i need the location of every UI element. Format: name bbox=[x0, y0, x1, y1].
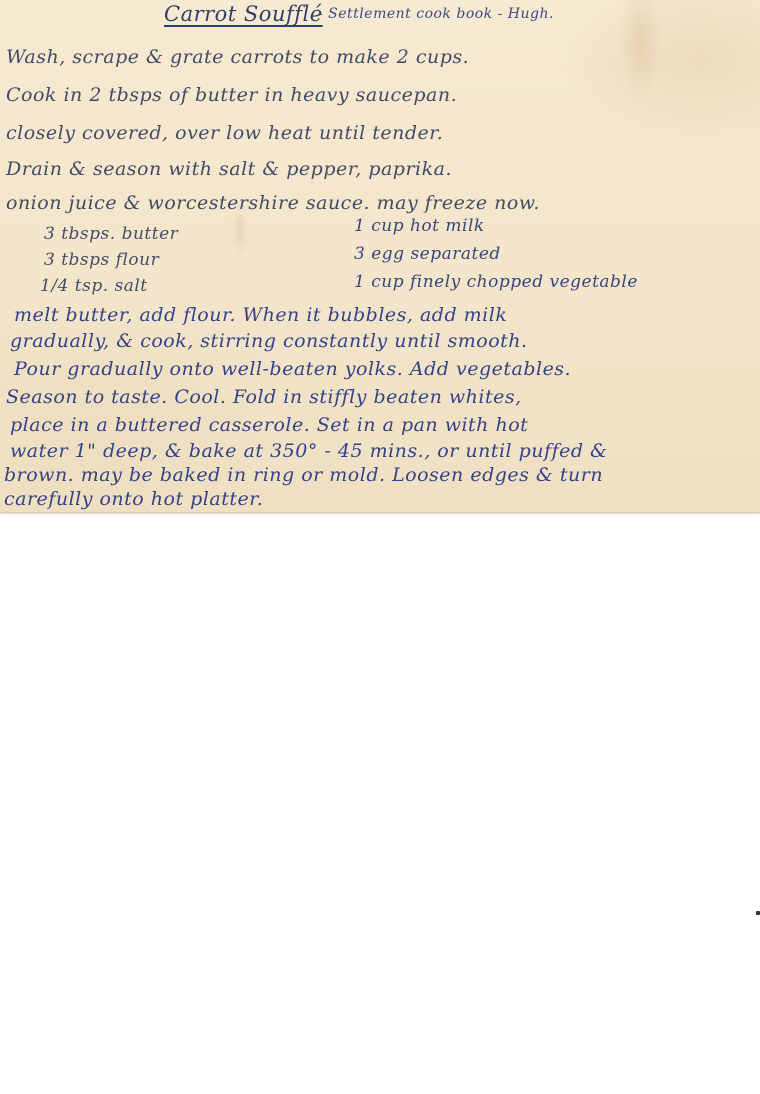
instruction-line: place in a buttered casserole. Set in a … bbox=[10, 414, 528, 436]
instruction-line: carefully onto hot platter. bbox=[4, 488, 263, 510]
instruction-line: Pour gradually onto well-beaten yolks. A… bbox=[14, 358, 571, 380]
instruction-line: closely covered, over low heat until ten… bbox=[6, 122, 443, 144]
ingredient-right: 3 egg separated bbox=[354, 244, 501, 264]
ingredient-left: 1/4 tsp. salt bbox=[40, 276, 148, 296]
recipe-source: - Settlement cook book - Hugh. bbox=[318, 6, 554, 22]
instruction-line: Drain & season with salt & pepper, papri… bbox=[6, 158, 452, 180]
scan-dust-mark bbox=[756, 911, 760, 915]
recipe-card: Carrot Soufflé - Settlement cook book - … bbox=[0, 0, 760, 513]
instruction-line: Cook in 2 tbsps of butter in heavy sauce… bbox=[6, 84, 457, 106]
instruction-line: brown. may be baked in ring or mold. Loo… bbox=[4, 464, 603, 486]
ingredient-right: 1 cup finely chopped vegetable bbox=[354, 272, 638, 292]
instruction-line: gradually, & cook, stirring constantly u… bbox=[10, 330, 528, 352]
instruction-line: Season to taste. Cool. Fold in stiffly b… bbox=[6, 386, 522, 408]
instruction-line: Wash, scrape & grate carrots to make 2 c… bbox=[6, 46, 469, 68]
ingredient-left: 3 tbsps. butter bbox=[44, 224, 178, 244]
ingredient-left: 3 tbsps flour bbox=[44, 250, 159, 270]
ingredient-right: 1 cup hot milk bbox=[354, 216, 485, 236]
instruction-line: water 1" deep, & bake at 350° - 45 mins.… bbox=[10, 440, 607, 462]
instruction-line: onion juice & worcestershire sauce. may … bbox=[6, 192, 540, 214]
recipe-title: Carrot Soufflé bbox=[164, 2, 323, 26]
instruction-line: melt butter, add flour. When it bubbles,… bbox=[14, 304, 507, 326]
